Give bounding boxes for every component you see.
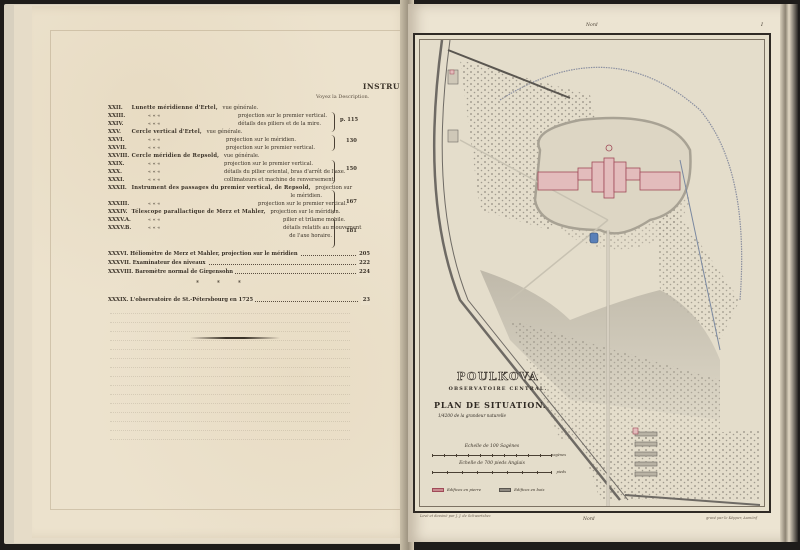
book-spread: INSTRUMENTS. Voyez la Description. XXII.… xyxy=(0,0,800,550)
toc-entry-number: XXX. xyxy=(108,168,130,176)
scale-unit: sagènes xyxy=(552,453,566,457)
map-title: POULKOVA xyxy=(428,370,568,383)
brace xyxy=(331,218,335,248)
page-ref: p. 115 xyxy=(340,117,358,123)
toc-entry-detail: projection sur le premier vertical. xyxy=(238,112,327,120)
toc-entry-number: XXXVII. xyxy=(108,260,131,266)
toc-entry-number: XXV. xyxy=(108,128,130,136)
toc-entry-title: L'observatoire de St.-Pétersbourg en 172… xyxy=(130,297,253,303)
plate-number: I xyxy=(761,22,763,28)
toc-entry-number: XXXI. xyxy=(108,176,130,184)
ditto-marks: « « « xyxy=(148,120,160,128)
ditto-marks: « « « xyxy=(148,168,160,176)
toc-entry-number: XXXIII. xyxy=(108,200,130,208)
brace xyxy=(331,112,335,132)
toc-entry-title: Cercle méridien de Repsold, xyxy=(132,153,220,159)
map-cartouche: POULKOVA OBSERVATOIRE CENTRAL. PLAN DE S… xyxy=(428,370,568,418)
ditto-marks: « « « xyxy=(148,200,160,208)
toc-entry-title: Examinateur des niveaux xyxy=(133,260,206,266)
wood-swatch-icon xyxy=(499,488,511,492)
toc-entry-detail: de l'axe horaire. xyxy=(289,232,332,240)
map-subtitle: OBSERVATOIRE CENTRAL. xyxy=(428,386,568,392)
toc-entry-number: XXXVI. xyxy=(108,251,128,257)
ditto-marks: « « « xyxy=(148,216,160,224)
page-ref: 181 xyxy=(346,228,357,234)
legend-item-wood: Edifices en bois xyxy=(499,487,544,492)
ditto-marks: « « « xyxy=(148,144,160,152)
toc-entry-detail: détails du pilier oriental, bras d'arrêt… xyxy=(224,168,345,176)
scale-bar-feet: pieds xyxy=(432,468,552,473)
right-page-edge xyxy=(780,4,798,542)
toc-dotted-entry: XXXVI. Héliomètre de Merz et Mahler, pro… xyxy=(108,250,370,259)
toc-entry-detail: projection sur le méridien. xyxy=(270,209,340,215)
plan-title: PLAN DE SITUATION. xyxy=(428,400,568,410)
ditto-marks: « « « xyxy=(148,176,160,184)
toc-entry-number: XXII. xyxy=(108,104,130,112)
toc-entry: XXII. Lunette méridienne d'Ertel, vue gé… xyxy=(108,104,370,112)
scale-label-sagenes: Echelle de 100 Sagènes xyxy=(432,444,552,449)
ditto-marks: « « « xyxy=(148,160,160,168)
scale-unit: pieds xyxy=(557,470,566,474)
brace xyxy=(331,135,335,151)
surveyor-credit: Levé et dessiné par J. J. de Schwartzbec xyxy=(420,514,491,518)
toc-column-header: Voyez la Description. xyxy=(316,94,369,100)
toc-entry-number: XXIII. xyxy=(108,112,130,120)
north-label-top: Nord xyxy=(586,23,598,28)
toc-entry-number: XXVII. xyxy=(108,144,130,152)
ditto-marks: « « « xyxy=(148,112,160,120)
page-ref: 130 xyxy=(346,138,357,144)
toc-entry-title: Instrument des passages du premier verti… xyxy=(132,185,311,191)
toc-dotted-entry: XXXIX. L'observatoire de St.-Pétersbourg… xyxy=(108,296,370,305)
page-ref: 222 xyxy=(357,259,370,268)
toc-entry-number: XXIV. xyxy=(108,120,130,128)
toc-entry: XXVIII. Cercle méridien de Repsold, vue … xyxy=(108,152,370,160)
toc-entry-number: XXXV.A. xyxy=(108,216,130,224)
toc-entry-title: Baromètre normal de Girgensohn xyxy=(135,269,233,275)
toc-entry-detail: détails des piliers et de la mire. xyxy=(238,120,321,128)
toc-entry-number: XXXV.B. xyxy=(108,224,130,232)
ornamental-rule xyxy=(190,337,280,339)
scale-bar-sagenes: sagènes xyxy=(432,451,552,456)
toc-entry-number: XXIX. xyxy=(108,160,130,168)
toc-entry-detail: pilier et trilame mobile. xyxy=(283,216,345,224)
toc-entry-title: Cercle vertical d'Ertel, xyxy=(132,129,202,135)
toc-entry-detail: le méridien. xyxy=(290,192,322,200)
toc-entry-number: XXVIII. xyxy=(108,152,130,160)
bleed-through-text xyxy=(110,305,350,450)
toc-entry-number: XXXVIII. xyxy=(108,269,133,275)
site-plan-map xyxy=(420,40,765,507)
page-ref: 205 xyxy=(357,250,370,259)
map-legend: Edifices en pierre Edifices en bois xyxy=(432,487,544,492)
ditto-marks: « « « xyxy=(148,136,160,144)
page-ref: 150 xyxy=(346,166,357,172)
page-ref: 224 xyxy=(357,268,370,277)
toc-entry-title: Héliomètre de Merz et Mahler, projection… xyxy=(130,251,298,257)
toc-entry-number: XXXII. xyxy=(108,184,130,192)
map-plate: POULKOVA OBSERVATOIRE CENTRAL. PLAN DE S… xyxy=(413,33,771,513)
scale-note: 1/4200 de la grandeur naturelle xyxy=(428,413,568,418)
toc-entry-number: XXXIX. xyxy=(108,297,128,303)
toc-dotted-entry: XXXVII. Examinateur des niveaux 222 xyxy=(108,259,370,268)
map-scales: Echelle de 100 Sagènes sagènes Echelle d… xyxy=(432,444,552,478)
page-ref: 23 xyxy=(361,296,370,305)
asterism-divider: * * * xyxy=(196,280,249,287)
toc-entry-detail: projection sur le premier vertical. xyxy=(224,160,313,168)
toc-entry-detail: projection sur le premier vertical. xyxy=(226,144,315,152)
brace xyxy=(331,160,335,184)
toc-entry-title: Lunette méridienne d'Ertel, xyxy=(132,105,218,111)
toc-entry-number: XXVI. xyxy=(108,136,130,144)
toc-final-entry: XXXIX. L'observatoire de St.-Pétersbourg… xyxy=(108,296,370,305)
toc-dotted-list: XXXVI. Héliomètre de Merz et Mahler, pro… xyxy=(108,250,370,277)
map-area: POULKOVA OBSERVATOIRE CENTRAL. PLAN DE S… xyxy=(419,39,765,507)
north-label-bottom: Nord xyxy=(583,517,595,522)
toc-entry-number: XXXIV. xyxy=(108,208,130,216)
ditto-marks: « « « xyxy=(148,224,160,232)
scale-label-feet: Echelle de 700 pieds Anglais xyxy=(432,461,552,466)
stone-swatch-icon xyxy=(432,488,444,492)
toc-entry-detail: collimateurs et machine de renversement. xyxy=(224,176,335,184)
toc-entry-title: Télescope parallactique de Merz et Mahle… xyxy=(132,209,266,215)
toc-dotted-entry: XXXVIII. Baromètre normal de Girgensohn … xyxy=(108,268,370,277)
toc-entry-detail: vue générale. xyxy=(223,105,259,111)
legend-item-stone: Edifices en pierre xyxy=(432,487,481,492)
toc-entry-detail: projection sur le méridien. xyxy=(226,136,296,144)
brace xyxy=(331,190,335,214)
engraver-credit: gravé par le Képper, Aumönf xyxy=(706,516,757,520)
page-ref: 167 xyxy=(346,199,357,205)
toc-entry-detail: vue générale. xyxy=(224,153,260,159)
toc-entry-detail: vue générale. xyxy=(207,129,243,135)
